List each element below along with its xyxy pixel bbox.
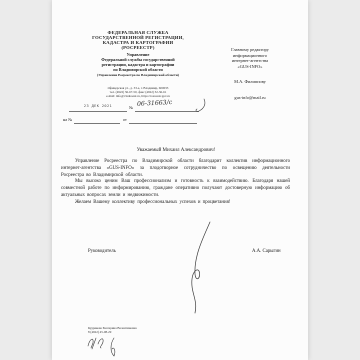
date-stamp: 23 ДЕК 2021 bbox=[69, 101, 127, 112]
salutation: Уважаемый Михаил Александрович! bbox=[61, 148, 291, 153]
reply-number-blank bbox=[74, 114, 120, 124]
reply-date-blank bbox=[129, 114, 197, 124]
reference-row: 23 ДЕК 2021 № 06-31663/с bbox=[69, 101, 249, 112]
reply-reference-row: на № от bbox=[63, 114, 253, 124]
handwriting-flourish bbox=[193, 98, 207, 113]
outgoing-number-field: 06-31663/с bbox=[135, 101, 199, 112]
number-sign-label: № bbox=[129, 105, 133, 110]
signature-handwriting bbox=[185, 220, 215, 316]
letterhead-contacts: Офицерская ул., д. 33-а, г. Владимир, 60… bbox=[60, 86, 216, 98]
executor-block: Кудрякова Екатерина Валентиновна 8 (4922… bbox=[88, 326, 137, 334]
body-paragraph: Мы высоко ценим Ваш профессионализм и го… bbox=[61, 179, 290, 199]
body-paragraph: Управление Росреестра по Владимирской об… bbox=[61, 159, 290, 179]
footer-handwriting-scribble bbox=[84, 334, 154, 360]
signer-position: Руководитель bbox=[88, 249, 116, 254]
recipient-email: gus-info@mail.ru bbox=[212, 95, 288, 101]
recipient-agency-name: «GUS-INFO» bbox=[212, 64, 288, 70]
screenshot-canvas: { "letterhead": { "org_lines": [ "ФЕДЕРА… bbox=[0, 0, 360, 360]
reply-from-label: от bbox=[123, 117, 127, 122]
recipient-block: Главному редактору информационного интер… bbox=[212, 47, 288, 101]
letter-page: ФЕДЕРАЛЬНАЯ СЛУЖБА ГОСУДАРСТВЕННОЙ РЕГИС… bbox=[52, 0, 308, 360]
letter-body: Управление Росреестра по Владимирской об… bbox=[61, 159, 290, 207]
body-paragraph: Желаем Вашему коллективу профессиональны… bbox=[61, 200, 290, 207]
letterhead: ФЕДЕРАЛЬНАЯ СЛУЖБА ГОСУДАРСТВЕННОЙ РЕГИС… bbox=[60, 30, 216, 98]
recipient-person-name: М.А. Филиппову bbox=[212, 79, 288, 85]
org-branch-short: (Управление Росреестра по Владимирской о… bbox=[60, 73, 216, 78]
reply-number-label: на № bbox=[63, 117, 72, 122]
signer-name: А.А. Сарыгин bbox=[252, 249, 281, 254]
